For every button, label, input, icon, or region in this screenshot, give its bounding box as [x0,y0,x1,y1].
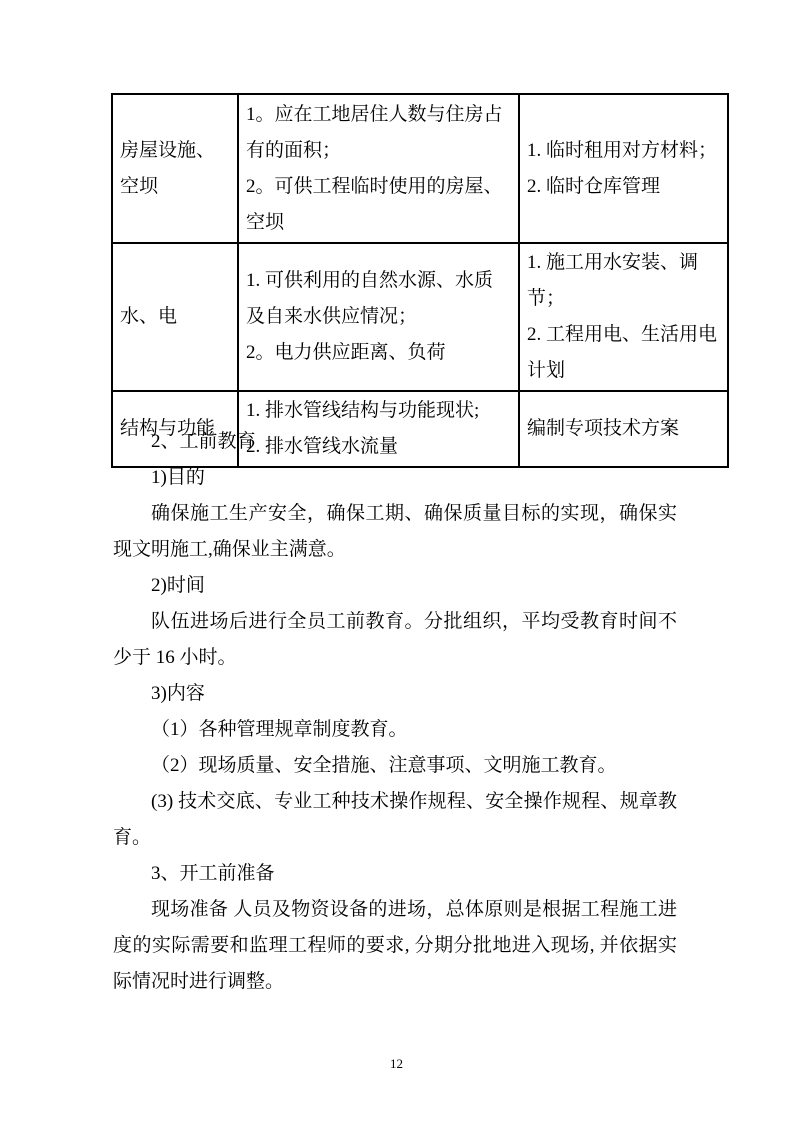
survey-content-cell: 1. 可供利用的自然水源、水质及自来水供应情况； 2。电力供应距离、负荷 [238,243,519,391]
arrangement-cell: 1. 施工用水安装、调节； 2. 工程用电、生活用电计划 [519,243,728,391]
row-name: 水、电 [120,299,230,335]
survey-item: 1。应在工地居住人数与住房占有的面积； [246,97,511,169]
survey-item: 1. 可供利用的自然水源、水质及自来水供应情况； [246,263,511,335]
section-3-heading: 3、开工前准备 [113,856,677,892]
section-3-paragraph: 现场准备 人员及物资设备的进场，总体原则是根据工程施工进度的实际需要和监理工程师… [113,892,677,1000]
time-paragraph: 队伍进场后进行全员工前教育。分批组织，平均受教育时间不少于 16 小时。 [113,604,677,676]
purpose-paragraph: 确保施工生产安全，确保工期、确保质量目标的实现，确保实现文明施工,确保业主满意。 [113,496,677,568]
row-name-cell: 房屋设施、空坝 [112,94,238,243]
content-item-1: （1）各种管理规章制度教育。 [113,712,677,748]
row-name-cell: 水、电 [112,243,238,391]
page-number: 12 [0,1055,793,1073]
section-2-heading: 2、工前教育 [113,424,677,460]
table-row: 房屋设施、空坝 1。应在工地居住人数与住房占有的面积； 2。可供工程临时使用的房… [112,94,728,243]
arrangement-cell: 1. 临时租用对方材料； 2. 临时仓库管理 [519,94,728,243]
arrangement-item: 1. 施工用水安装、调节； [527,245,720,317]
content-label: 3)内容 [113,676,677,712]
survey-item: 2。可供工程临时使用的房屋、空坝 [246,169,511,241]
time-label: 2)时间 [113,568,677,604]
arrangement-item: 2. 临时仓库管理 [527,169,720,205]
row-name: 房屋设施、空坝 [120,133,230,205]
site-survey-table: 房屋设施、空坝 1。应在工地居住人数与住房占有的面积； 2。可供工程临时使用的房… [111,93,729,468]
arrangement-item: 2. 工程用电、生活用电计划 [527,317,720,389]
document-page: 房屋设施、空坝 1。应在工地居住人数与住房占有的面积； 2。可供工程临时使用的房… [0,0,793,1122]
purpose-label: 1)目的 [113,460,677,496]
content-item-3: (3) 技术交底、专业工种技术操作规程、安全操作规程、规章教育。 [113,784,677,856]
document-body: 2、工前教育 1)目的 确保施工生产安全，确保工期、确保质量目标的实现，确保实现… [113,424,677,1000]
survey-content-cell: 1。应在工地居住人数与住房占有的面积； 2。可供工程临时使用的房屋、空坝 [238,94,519,243]
table-row: 水、电 1. 可供利用的自然水源、水质及自来水供应情况； 2。电力供应距离、负荷… [112,243,728,391]
survey-item: 2。电力供应距离、负荷 [246,335,511,371]
arrangement-item: 1. 临时租用对方材料； [527,133,720,169]
content-item-2: （2）现场质量、安全措施、注意事项、文明施工教育。 [113,748,677,784]
